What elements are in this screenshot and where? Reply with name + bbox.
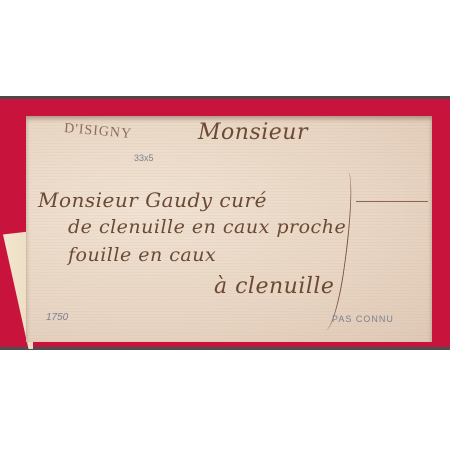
address-line-parish: de clenuille en caux proche [68, 216, 346, 238]
address-salutation: Monsieur [198, 120, 308, 145]
photo-frame: D'ISIGNY Monsieur 33x5 Monsieur Gaudy cu… [0, 96, 450, 350]
letter-cover: D'ISIGNY Monsieur 33x5 Monsieur Gaudy cu… [26, 116, 432, 342]
ink-stroke-horizontal [356, 201, 428, 202]
address-line-near: fouille en caux [68, 244, 216, 266]
address-line-recipient: Monsieur Gaudy curé [38, 188, 267, 212]
pencil-note: PAS CONNU [332, 314, 394, 324]
postmark-stamp: D'ISIGNY [63, 121, 132, 143]
pencil-catalog-number: 33x5 [134, 153, 154, 163]
pencil-year: 1750 [46, 312, 68, 323]
address-line-destination: à clenuille [214, 274, 334, 299]
ink-stroke-vertical [315, 170, 358, 331]
